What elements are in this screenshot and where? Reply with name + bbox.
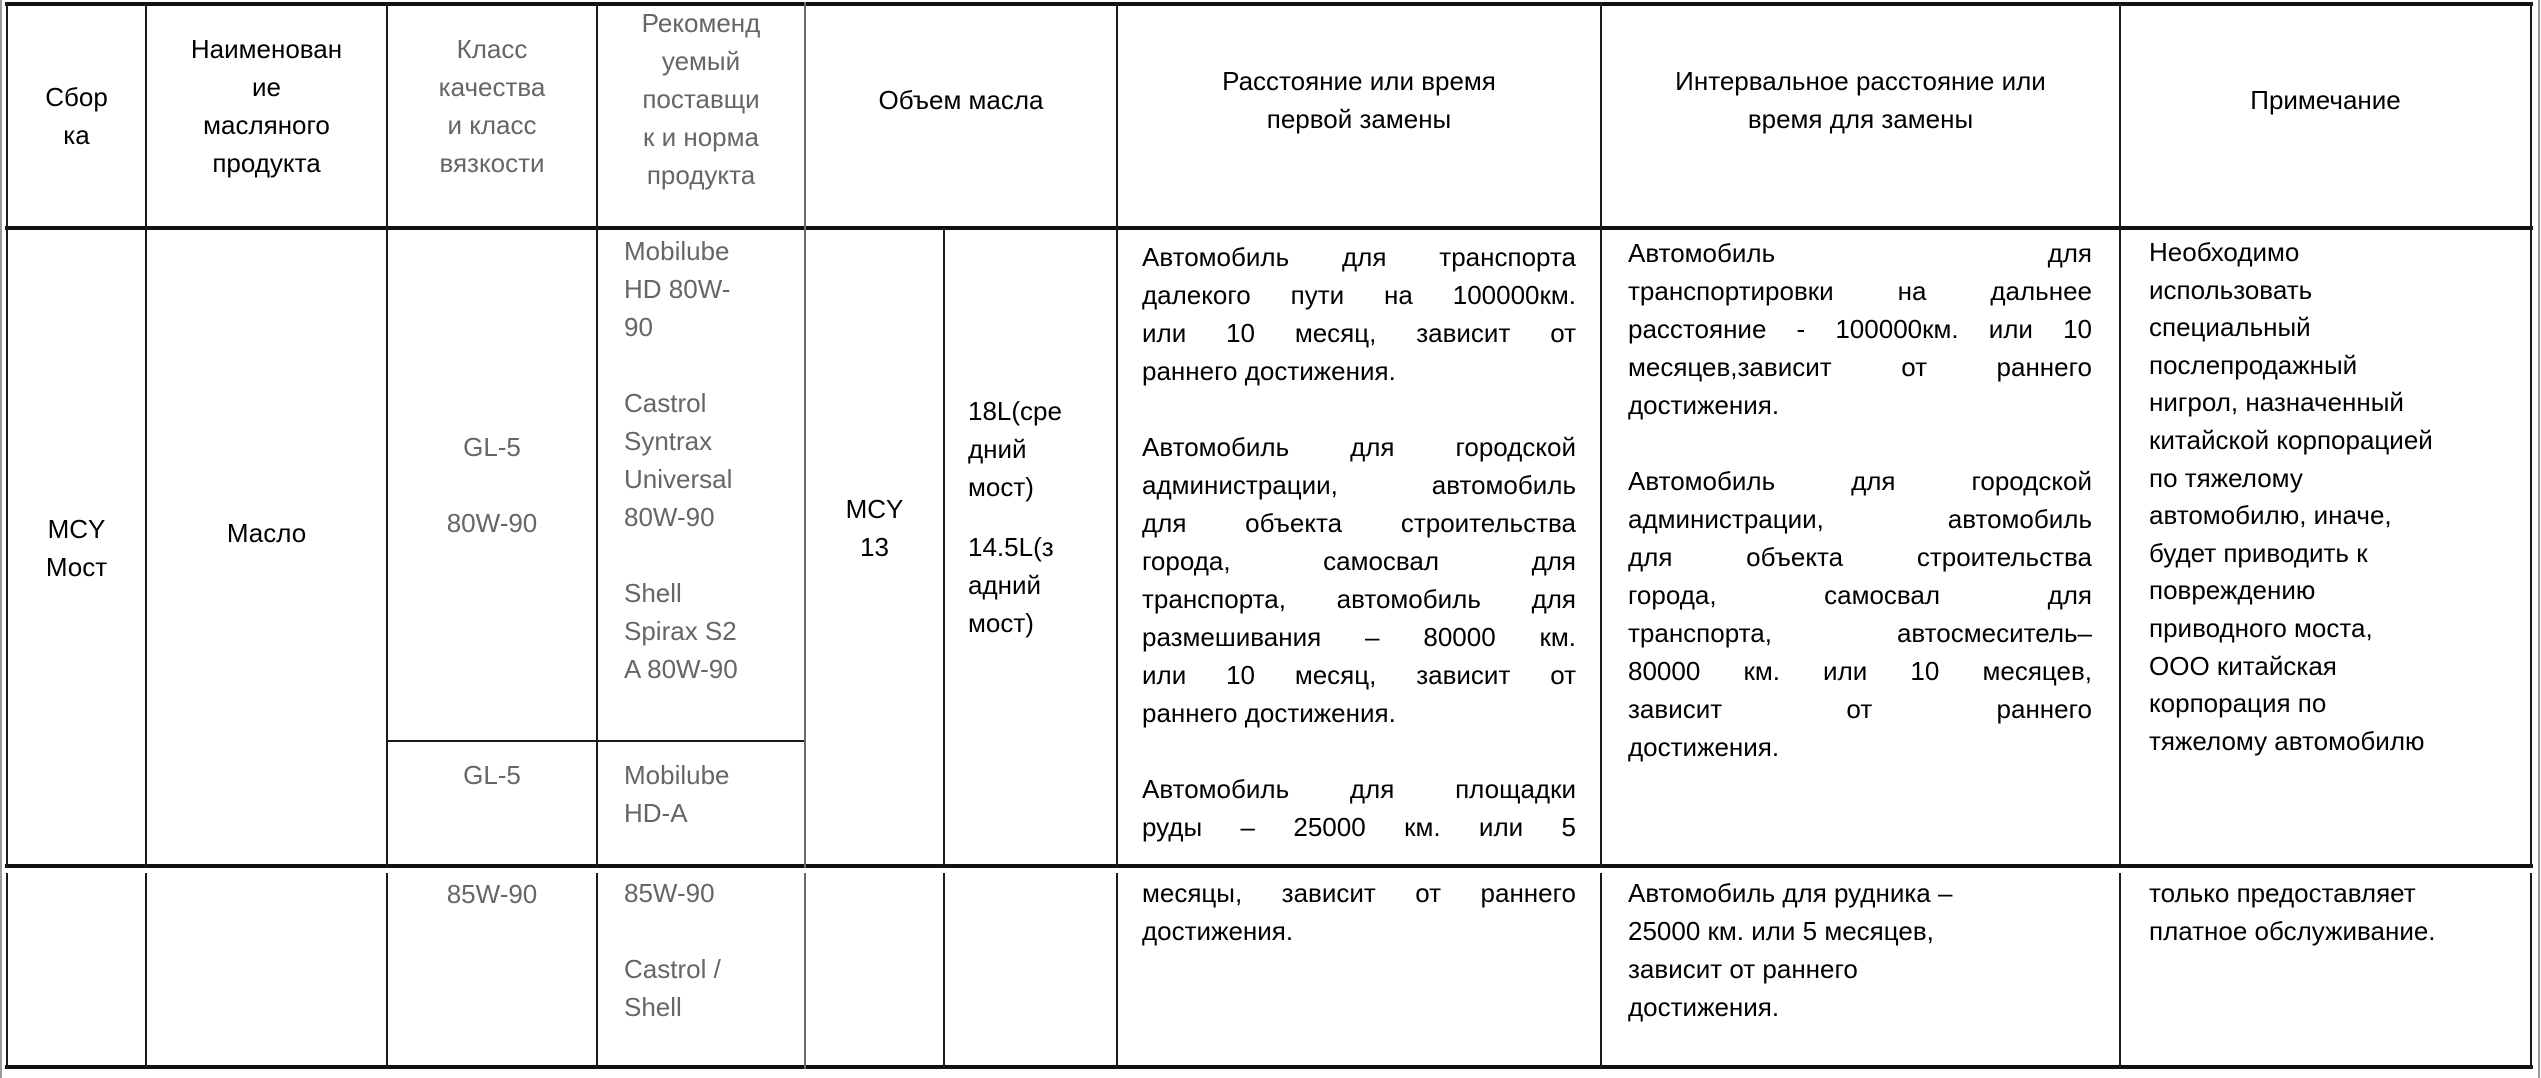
text-line: достижения. (1142, 912, 1576, 950)
product-name: Масло (227, 514, 306, 552)
cell-quality-alt-viscosity: 85W-90 (388, 874, 596, 914)
product-line: 85W-90 (624, 874, 804, 912)
cell-note-cont: только предоставляет платное обслуживани… (2149, 874, 2529, 994)
text-line: месяцы, зависит от раннего (1142, 874, 1576, 912)
header-line: и класс (447, 106, 536, 144)
product-line: HD-A (624, 794, 804, 832)
header-first-change: Расстояние или время первой замены (1118, 6, 1600, 194)
header-note: Примечание (2121, 6, 2530, 194)
cell-note: Необходимо использовать специальный посл… (2149, 234, 2529, 860)
text-line: только предоставляет (2149, 874, 2529, 912)
product-line: Spirax S2 (624, 612, 804, 650)
quality-class: GL-5 (463, 428, 521, 466)
page-edge-right (2538, 0, 2540, 1078)
header-assembly-line: Сбор (45, 78, 108, 116)
page-edge-left (0, 0, 2, 1078)
text-line: Автомобиль для городской (1628, 462, 2092, 500)
cell-interval: Автомобиль для транспортировки на дальне… (1628, 234, 2092, 860)
text-line: платное обслуживание. (2149, 912, 2529, 950)
text-line: Автомобиль для транспорта (1142, 238, 1576, 276)
header-line: к и норма (643, 118, 759, 156)
interval-paragraph: Автомобиль для городской администрации, … (1628, 462, 2092, 766)
col-border-9 (2530, 2, 2532, 868)
recommended-product: Mobilube HD 80W- 90 (624, 232, 804, 346)
text-line: по тяжелому (2149, 460, 2529, 498)
text-line: Автомобиль для рудника – (1628, 874, 2092, 912)
cell-quality-main: GL-5 80W-90 (388, 230, 596, 740)
text-line: размешивания – 80000 км. (1142, 618, 1576, 656)
text-line: зависит от раннего (1628, 950, 2092, 988)
text-line: будет приводить к (2149, 535, 2529, 573)
cell-volume-values: 18L(сре дний мост) 14.5L(з адний мост) (968, 392, 1116, 692)
text-line: приводного моста, (2149, 610, 2529, 648)
text-line: транспорта, автосмеситель– (1628, 614, 2092, 652)
cell-recommended-alt: Mobilube HD-A (624, 756, 804, 856)
header-interval: Интервальное расстояние или время для за… (1602, 6, 2119, 194)
volume-rear-axle: 14.5L(з адний мост) (968, 528, 1116, 642)
text-line: Необходимо (2149, 234, 2529, 272)
recommended-product: Castrol Syntrax Universal 80W-90 (624, 384, 804, 536)
product-line: HD 80W- (624, 270, 804, 308)
header-line: качества (439, 68, 546, 106)
text-line: нигрол, назначенный (2149, 384, 2529, 422)
text-line: автомобилю, иначе, (2149, 497, 2529, 535)
cell-product: Масло (147, 230, 386, 836)
header-assembly-line: ка (63, 116, 89, 154)
header-line: Рекоменд (642, 4, 761, 42)
text-line: далекого пути на 100000км. (1142, 276, 1576, 314)
text-line: администрации, автомобиль (1628, 500, 2092, 538)
text-line: специальный (2149, 309, 2529, 347)
viscosity-class: 85W-90 (447, 875, 538, 913)
text-line: повреждению (2149, 572, 2529, 610)
volume-line: 18L(сре (968, 392, 1116, 430)
header-line: первой замены (1267, 100, 1452, 138)
model-line: MCY (846, 490, 904, 528)
header-line: Примечание (2250, 81, 2401, 119)
header-line: Расстояние или время (1222, 62, 1496, 100)
text-line: раннего достижения. (1142, 352, 1576, 390)
col-border-0-cont (6, 873, 8, 1069)
header-line: Объем масла (878, 81, 1043, 119)
text-line: корпорация по (2149, 685, 2529, 723)
text-line: транспорта, автомобиль для (1142, 580, 1576, 618)
header-assembly: Сбор ка (8, 6, 145, 226)
cell-recommended-main: Mobilube HD 80W- 90 Castrol Syntrax Univ… (624, 232, 804, 740)
col-border-5 (943, 228, 945, 868)
header-line: масляного (203, 106, 330, 144)
text-line: раннего достижения. (1142, 694, 1576, 732)
header-line: продукта (647, 156, 755, 194)
volume-line: адний (968, 566, 1116, 604)
product-line: Mobilube (624, 756, 804, 794)
cell-recommended-alt-cont: 85W-90 Castrol / Shell (624, 874, 804, 1064)
product-line: Shell (624, 574, 804, 612)
text-line: послепродажный (2149, 347, 2529, 385)
text-line: 25000 км. или 5 месяцев, (1628, 912, 2092, 950)
col-border-4-cont (804, 873, 806, 1069)
header-line: вязкости (439, 144, 544, 182)
col-border-8-cont (2119, 873, 2121, 1069)
product-line: Mobilube (624, 232, 804, 270)
text-line: использовать (2149, 272, 2529, 310)
text-line: Автомобиль для площадки (1142, 770, 1576, 808)
text-line: Автомобиль для городской (1142, 428, 1576, 466)
product-line: Castrol (624, 384, 804, 422)
text-line: достижения. (1628, 386, 2092, 424)
header-line: время для замены (1748, 100, 1973, 138)
cell-quality-alt: GL-5 (388, 742, 596, 822)
cell-first-change-cont: месяцы, зависит от раннего достижения. (1142, 874, 1576, 994)
text-line: для объекта строительства (1628, 538, 2092, 576)
interval-paragraph: Автомобиль для транспортировки на дальне… (1628, 234, 2092, 424)
cell-assembly: MCY Мост (8, 230, 145, 866)
text-line: Автомобиль для (1628, 234, 2092, 272)
volume-middle-axle: 18L(сре дний мост) (968, 392, 1116, 506)
first-change-paragraph: Автомобиль для городской администрации, … (1142, 428, 1576, 732)
text-line: ООО китайская (2149, 648, 2529, 686)
product-line: 80W-90 (624, 498, 804, 536)
header-line: поставщи (642, 80, 759, 118)
header-line: уемый (662, 42, 740, 80)
col-border-6-cont (1116, 873, 1118, 1069)
cell-interval-cont: Автомобиль для рудника – 25000 км. или 5… (1628, 874, 2092, 1054)
text-line: достижения. (1628, 988, 2092, 1026)
text-line: 80000 км. или 10 месяцев, (1628, 652, 2092, 690)
text-line: администрации, автомобиль (1142, 466, 1576, 504)
text-line: транспортировки на дальнее (1628, 272, 2092, 310)
col-border-1-cont (145, 873, 147, 1069)
text-line: руды – 25000 км. или 5 (1142, 808, 1576, 846)
volume-line: дний (968, 430, 1116, 468)
product-line: Syntrax (624, 422, 804, 460)
text-line: города, самосвал для (1628, 576, 2092, 614)
header-oil-volume: Объем масла (806, 6, 1116, 194)
assembly-line: MCY (48, 510, 106, 548)
header-line: продукта (212, 144, 320, 182)
table-bottom-border (5, 1065, 2533, 1069)
product-line: A 80W-90 (624, 650, 804, 688)
col-border-5-cont (943, 873, 945, 1069)
text-line: тяжелому автомобилю (2149, 723, 2529, 761)
first-change-paragraph: Автомобиль для площадки руды – 25000 км.… (1142, 770, 1576, 846)
header-line: Наименован (191, 30, 342, 68)
col-border-7-cont (1600, 873, 1602, 1069)
product-line: Shell (624, 988, 804, 1026)
header-line: ие (252, 68, 281, 106)
viscosity-class: 80W-90 (447, 504, 538, 542)
header-line: Класс (457, 30, 528, 68)
first-change-paragraph: Автомобиль для транспорта далекого пути … (1142, 238, 1576, 390)
text-line: города, самосвал для (1142, 542, 1576, 580)
text-line: расстояние - 100000км. или 10 (1628, 310, 2092, 348)
text-line: месяцев,зависит от раннего (1628, 348, 2092, 386)
volume-line: 14.5L(з (968, 528, 1116, 566)
assembly-line: Мост (46, 548, 107, 586)
product-line: Universal (624, 460, 804, 498)
header-product-name: Наименован ие масляного продукта (147, 6, 386, 206)
text-line: или 10 месяц, зависит от (1142, 656, 1576, 694)
header-line: Интервальное расстояние или (1675, 62, 2046, 100)
volume-line: мост) (968, 468, 1116, 506)
text-line: для объекта строительства (1142, 504, 1576, 542)
product-line: 90 (624, 308, 804, 346)
text-line: зависит от раннего (1628, 690, 2092, 728)
col-border-9-cont (2530, 873, 2532, 1069)
text-line: или 10 месяц, зависит от (1142, 314, 1576, 352)
col-border-3-cont (596, 873, 598, 1069)
cell-volume-model: MCY 13 (806, 230, 943, 826)
text-line: китайской корпорацией (2149, 422, 2529, 460)
page-break-border (5, 864, 2533, 868)
cell-first-change: Автомобиль для транспорта далекого пути … (1142, 238, 1576, 864)
model-line: 13 (860, 528, 889, 566)
header-recommended: Рекоменд уемый поставщи к и норма продук… (598, 4, 804, 214)
quality-class: GL-5 (463, 756, 521, 794)
volume-line: мост) (968, 604, 1116, 642)
text-line: достижения. (1628, 728, 2092, 766)
recommended-product: Shell Spirax S2 A 80W-90 (624, 574, 804, 688)
header-quality-class: Класс качества и класс вязкости (388, 6, 596, 206)
product-line: Castrol / (624, 950, 804, 988)
